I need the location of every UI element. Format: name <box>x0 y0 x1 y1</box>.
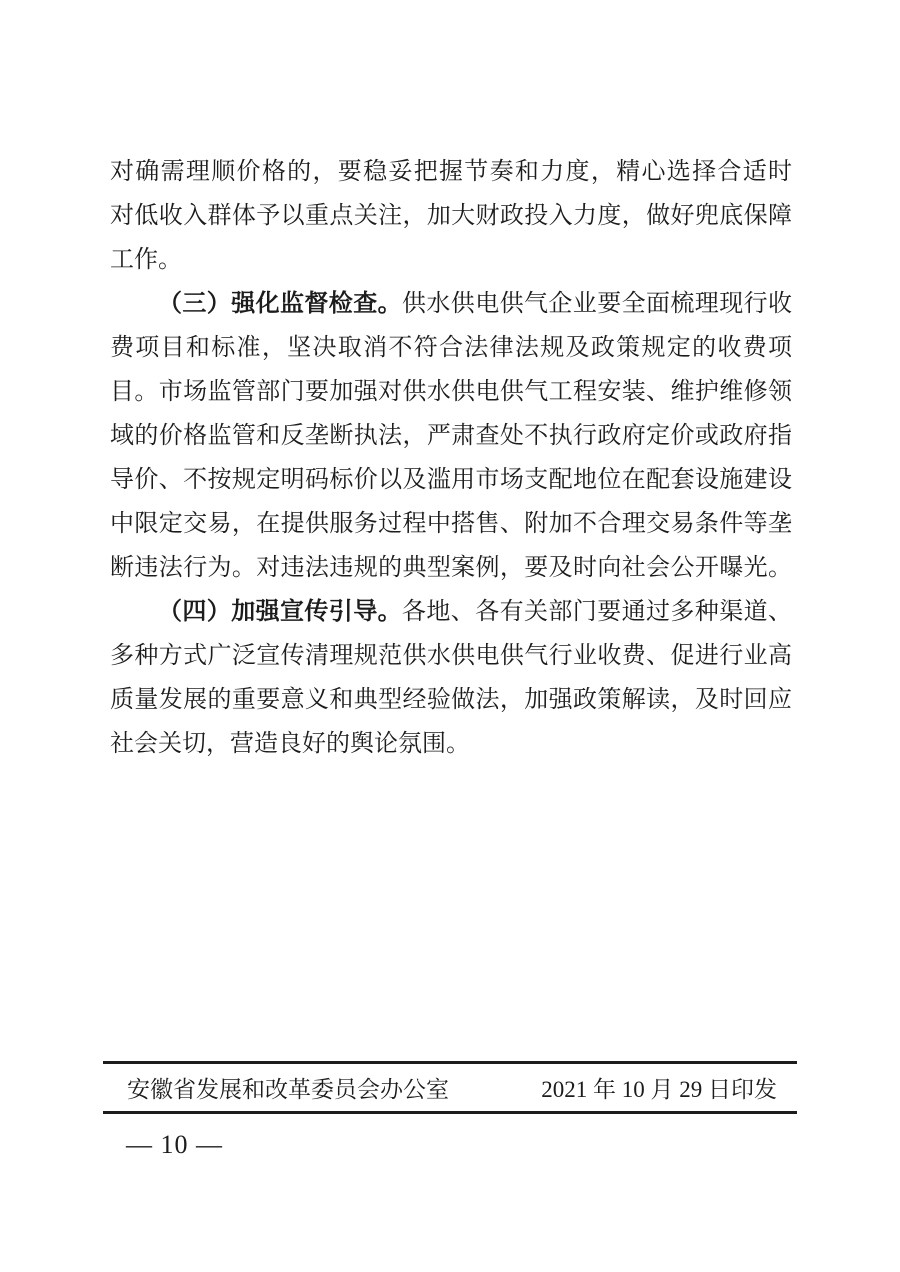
text-line: 社会关切，营造良好的舆论氛围。 <box>110 722 792 766</box>
section-heading: （四）加强宣传引导。 <box>158 599 402 625</box>
paragraph: （三）强化监督检查。供水供电供气企业要全面梳理现行收 费项目和标准，坚决取消不符… <box>110 282 792 590</box>
text-line: 对低收入群体予以重点关注，加大财政投入力度，做好兜底保障 <box>110 194 792 238</box>
text-line: 对确需理顺价格的，要稳妥把握节奏和力度，精心选择合适时机， <box>110 150 792 194</box>
paragraph: 对确需理顺价格的，要稳妥把握节奏和力度，精心选择合适时机， 对低收入群体予以重点… <box>110 150 792 282</box>
text-line: （四）加强宣传引导。各地、各有关部门要通过多种渠道、 <box>110 590 792 634</box>
text-run: 供水供电供气企业要全面梳理现行收 <box>402 291 792 317</box>
text-line: 导价、不按规定明码标价以及滥用市场支配地位在配套设施建设 <box>110 458 792 502</box>
footer-divider-bottom <box>103 1111 797 1114</box>
text-line: 中限定交易，在提供服务过程中搭售、附加不合理交易条件等垄 <box>110 502 792 546</box>
issuer-name: 安徽省发展和改革委员会办公室 <box>127 1071 449 1104</box>
document-body: 对确需理顺价格的，要稳妥把握节奏和力度，精心选择合适时机， 对低收入群体予以重点… <box>110 150 792 766</box>
section-heading: （三）强化监督检查。 <box>158 291 402 317</box>
document-page: 对确需理顺价格的，要稳妥把握节奏和力度，精心选择合适时机， 对低收入群体予以重点… <box>0 0 900 1272</box>
colophon-footer: 安徽省发展和改革委员会办公室 2021 年 10 月 29 日印发 <box>103 1064 797 1111</box>
text-line: 工作。 <box>110 238 792 282</box>
page-number: — 10 — <box>126 1130 223 1160</box>
paragraph: （四）加强宣传引导。各地、各有关部门要通过多种渠道、 多种方式广泛宣传清理规范供… <box>110 590 792 766</box>
text-line: 域的价格监管和反垄断执法，严肃查处不执行政府定价或政府指 <box>110 414 792 458</box>
print-date: 2021 年 10 月 29 日印发 <box>541 1071 777 1104</box>
text-run: 各地、各有关部门要通过多种渠道、 <box>402 599 792 625</box>
text-line: 费项目和标准，坚决取消不符合法律法规及政策规定的收费项 <box>110 326 792 370</box>
text-line: （三）强化监督检查。供水供电供气企业要全面梳理现行收 <box>110 282 792 326</box>
text-line: 质量发展的重要意义和典型经验做法，加强政策解读，及时回应 <box>110 678 792 722</box>
text-line: 多种方式广泛宣传清理规范供水供电供气行业收费、促进行业高 <box>110 634 792 678</box>
text-line: 目。市场监管部门要加强对供水供电供气工程安装、维护维修领 <box>110 370 792 414</box>
text-line: 断违法行为。对违法违规的典型案例，要及时向社会公开曝光。 <box>110 546 792 590</box>
